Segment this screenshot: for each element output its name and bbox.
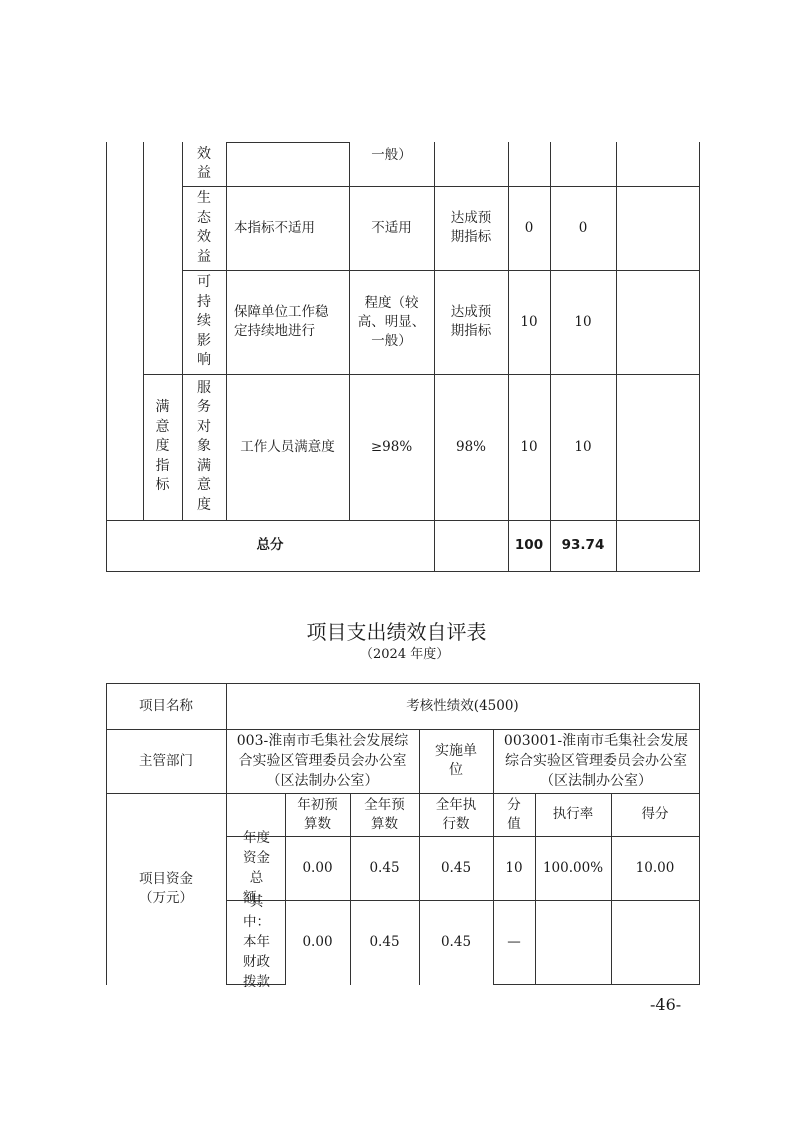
- sub-indicator-cell: 效益: [182, 142, 226, 186]
- annual-budget-value: 0.45: [369, 859, 399, 878]
- data-cell: 0.45: [419, 900, 493, 984]
- data-cell: [611, 900, 699, 984]
- dept-cell: 003-淮南市毛集社会发展综合实验区管理委员会办公室（区法制办公室）: [226, 729, 419, 793]
- page-number: -46-: [650, 995, 681, 1014]
- weight-value: 10: [505, 859, 522, 878]
- indicator-text: 工作人员满意度: [240, 438, 335, 457]
- impl-label: 实施单位: [435, 742, 477, 780]
- indicator-cell: 保障单位工作稳定持续地进行: [226, 270, 349, 374]
- data-cell: 0.00: [285, 836, 350, 900]
- table-border: [699, 142, 700, 572]
- initial-budget-value: 0.00: [302, 933, 332, 952]
- target-cell: 一般）: [349, 142, 434, 186]
- sub-indicator-cell: 服务对象满意度: [182, 374, 226, 520]
- dept-label: 主管部门: [139, 752, 193, 771]
- row-label-cell: 其中：本年财政拨款: [226, 900, 285, 984]
- indicator-cell: 本指标不适用: [226, 186, 349, 270]
- header-weight: 分值: [506, 796, 522, 834]
- weight-value: 10: [520, 313, 537, 332]
- exec-rate-value: 100.00%: [543, 859, 603, 878]
- project-name-label: 项目名称: [139, 697, 193, 716]
- total-weight: 100: [515, 536, 543, 555]
- weight-cell: 10: [508, 270, 550, 374]
- target-cell: 不适用: [349, 186, 434, 270]
- data-cell: 0.00: [285, 900, 350, 984]
- table-border: [616, 142, 617, 572]
- weight-cell: 0: [508, 186, 550, 270]
- impl-value: 003001-淮南市毛集社会发展综合实验区管理委员会办公室（区法制办公室）: [499, 731, 693, 791]
- row-label: 其中：本年财政拨款: [240, 892, 273, 992]
- sub-indicator-cell: 可持续影响: [182, 270, 226, 374]
- data-cell: [535, 900, 611, 984]
- target-value: 程度（较高、明显、一般）: [355, 294, 428, 351]
- total-label-cell: 总分: [106, 520, 434, 571]
- weight-cell: 10: [508, 374, 550, 520]
- actual-cell: 达成预期指标: [434, 186, 508, 270]
- target-value: 不适用: [371, 219, 412, 238]
- target-value: ≥98%: [371, 438, 412, 457]
- annual-executed-value: 0.45: [441, 933, 471, 952]
- header-cell: 得分: [611, 793, 699, 836]
- total-weight-cell: 100: [508, 520, 550, 571]
- funds-label-cell: 项目资金（万元）: [106, 793, 226, 985]
- data-cell: 0.45: [350, 836, 419, 900]
- score-cell: 10: [550, 270, 616, 374]
- header-annual-executed: 全年执行数: [435, 796, 477, 834]
- header-annual-budget: 全年预算数: [364, 796, 405, 834]
- table-border: [493, 984, 700, 985]
- project-name-label-cell: 项目名称: [106, 683, 226, 729]
- actual-cell: 98%: [434, 374, 508, 520]
- header-cell: 分值: [493, 793, 535, 836]
- target-value: 一般）: [371, 146, 412, 165]
- actual-value: 98%: [456, 438, 486, 457]
- dept-label-cell: 主管部门: [106, 729, 226, 793]
- impl-label-cell: 实施单位: [419, 729, 493, 793]
- sub-indicator-label: 可持续影响: [196, 273, 212, 371]
- total-label: 总分: [257, 536, 284, 555]
- score-cell: 10: [550, 374, 616, 520]
- dept-value: 003-淮南市毛集社会发展综合实验区管理委员会办公室（区法制办公室）: [234, 731, 411, 791]
- table-border: [226, 142, 350, 143]
- actual-value: 达成预期指标: [448, 303, 494, 341]
- target-cell: 程度（较高、明显、一般）: [349, 270, 434, 374]
- score-value: 0: [579, 219, 588, 238]
- header-exec-rate: 执行率: [553, 805, 594, 824]
- indicator-cell: 工作人员满意度: [226, 374, 349, 520]
- indicator-text: 保障单位工作稳定持续地进行: [234, 303, 341, 341]
- data-cell: 10.00: [611, 836, 699, 900]
- header-cell: 全年执行数: [419, 793, 493, 836]
- table-border: [699, 683, 700, 985]
- total-score: 93.74: [562, 536, 605, 555]
- table-border: [106, 571, 700, 572]
- impl-cell: 003001-淮南市毛集社会发展综合实验区管理委员会办公室（区法制办公室）: [493, 729, 699, 793]
- sub-indicator-cell: 生态效益: [182, 186, 226, 270]
- score-value: 10.00: [636, 859, 675, 878]
- data-cell: —: [493, 900, 535, 984]
- row-label-cell: 年度资金总额：: [226, 836, 285, 900]
- annual-executed-value: 0.45: [441, 859, 471, 878]
- actual-cell: 达成预期指标: [434, 270, 508, 374]
- weight-value: 0: [525, 219, 534, 238]
- data-cell: 0.45: [350, 900, 419, 984]
- annual-budget-value: 0.45: [369, 933, 399, 952]
- sub-indicator-label: 生态效益: [196, 189, 212, 267]
- weight-value: 10: [520, 438, 537, 457]
- data-cell: 10: [493, 836, 535, 900]
- page-title: 项目支出绩效自评表: [0, 616, 793, 645]
- category-label: 满意度指标: [155, 398, 171, 496]
- header-cell: 全年预算数: [350, 793, 419, 836]
- project-name: 考核性绩效(4500): [406, 697, 518, 716]
- header-cell: 年初预算数: [285, 793, 350, 836]
- header-cell: 执行率: [535, 793, 611, 836]
- header-initial-budget: 年初预算数: [297, 796, 338, 834]
- header-score: 得分: [642, 805, 669, 824]
- project-name-cell: 考核性绩效(4500): [226, 683, 699, 729]
- table-border: [106, 142, 107, 572]
- initial-budget-value: 0.00: [302, 859, 332, 878]
- funds-label: 项目资金（万元）: [134, 870, 198, 908]
- score-cell: 0: [550, 186, 616, 270]
- score-value: 10: [574, 438, 591, 457]
- category-cell: 满意度指标: [143, 374, 182, 520]
- actual-value: 达成预期指标: [448, 209, 494, 247]
- weight-value: —: [507, 933, 521, 952]
- target-cell: ≥98%: [349, 374, 434, 520]
- total-score-cell: 93.74: [550, 520, 616, 571]
- sub-indicator-label: 效益: [196, 145, 212, 184]
- data-cell: 100.00%: [535, 836, 611, 900]
- score-value: 10: [574, 313, 591, 332]
- page-subtitle: （2024 年度）: [360, 643, 449, 662]
- indicator-text: 本指标不适用: [234, 219, 315, 238]
- data-cell: 0.45: [419, 836, 493, 900]
- sub-indicator-label: 服务对象满意度: [196, 379, 212, 516]
